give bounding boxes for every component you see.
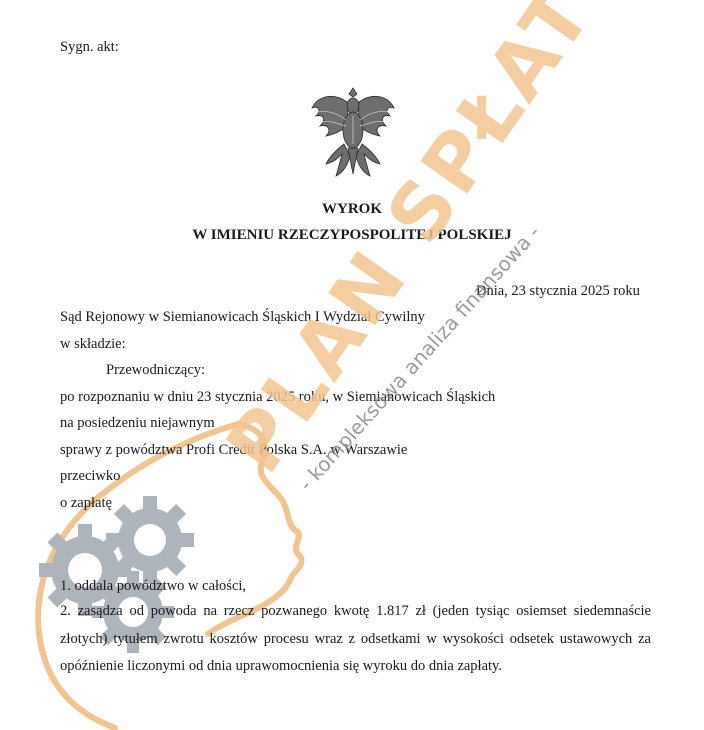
case-subject: o zapłatę xyxy=(60,496,112,511)
session-line: na posiedzeniu niejawnym xyxy=(60,416,215,431)
presiding-label: Przewodniczący: xyxy=(106,362,205,378)
judgment-subtitle: W IMIENIU RZECZYPOSPOLITEJ POLSKIEJ xyxy=(0,227,704,244)
against-label: przeciwko xyxy=(60,469,120,484)
ruling-item-1: 1. oddala powództwo w całości, xyxy=(60,579,246,594)
judgment-date: Dnia, 23 stycznia 2025 roku xyxy=(476,284,640,299)
court-judgment-page: Sygn. akt: WYROK W IMIENIU RZECZYPOSPOLI… xyxy=(0,0,704,730)
polish-eagle-emblem-icon xyxy=(308,84,398,180)
composition-label: w składzie: xyxy=(60,337,126,352)
case-parties-line: sprawy z powództwa Profi Credit Polska S… xyxy=(60,443,407,458)
hearing-line: po rozpoznaniu w dniu 23 stycznia 2025 r… xyxy=(60,390,495,405)
case-reference: Sygn. akt: xyxy=(60,40,119,55)
ruling-item-2: 2. zasądza od powoda na rzecz pozwanego … xyxy=(60,598,651,681)
case-reference-label: Sygn. akt: xyxy=(60,39,119,55)
ruling-item-2-text: 2. zasądza od powoda na rzecz pozwanego … xyxy=(60,598,651,681)
judgment-title: WYROK xyxy=(0,201,704,218)
court-name: Sąd Rejonowy w Siemianowicach Śląskich I… xyxy=(60,310,425,325)
watermark-brand: PLAN SPŁATY xyxy=(210,0,646,489)
presiding-judge: Przewodniczący: xyxy=(106,363,205,378)
